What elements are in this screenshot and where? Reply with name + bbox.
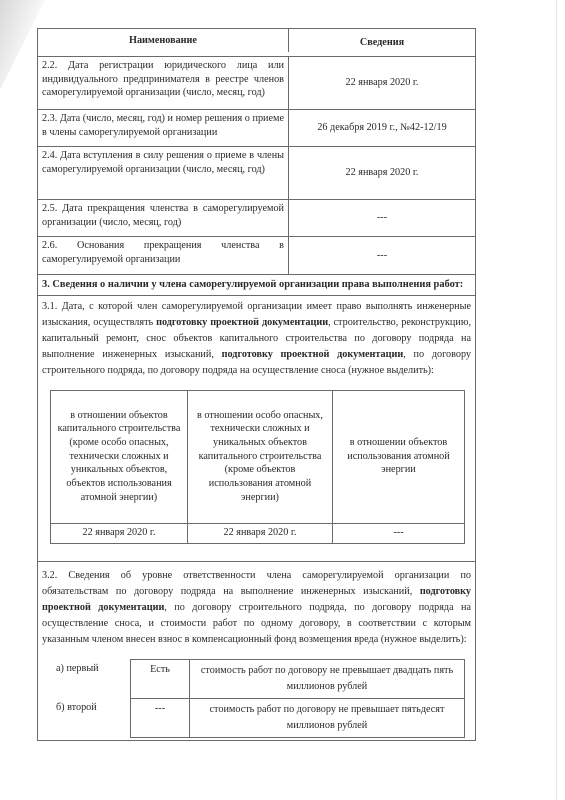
row-value: --- [289, 237, 475, 274]
row-value: 22 января 2020 г. [289, 147, 475, 199]
rights-col-nuclear: в отношении объектов использования атомн… [333, 391, 464, 523]
p32-text-1: 3.2. Сведения об уровне ответственности … [42, 570, 471, 597]
liability-levels: а) первый Есть стоимость работ по догово… [38, 659, 465, 739]
level-description: стоимость работ по договору не превышает… [189, 698, 465, 738]
paragraph-3-1: 3.1. Дата, с которой член саморегулируем… [38, 296, 475, 384]
rights-value-capital: 22 января 2020 г. [51, 523, 188, 543]
scan-page-edge [556, 0, 557, 800]
rights-value-hazardous: 22 января 2020 г. [188, 523, 333, 543]
row-label: 2.3. Дата (число, месяц, год) и номер ре… [38, 110, 289, 146]
row-value: 22 января 2020 г. [289, 57, 475, 109]
header-value: Сведения [289, 29, 475, 56]
section-3-1-row: 3.1. Дата, с которой член саморегулируем… [38, 295, 475, 561]
level-description: стоимость работ по договору не превышает… [189, 659, 465, 698]
level-status: Есть [130, 659, 189, 698]
table-row: 2.2. Дата регистрации юридического лица … [38, 56, 475, 109]
level-label: б) второй [38, 698, 130, 738]
table-row: 2.6. Основания прекращения членства в са… [38, 236, 475, 274]
paragraph-3-2: 3.2. Сведения об уровне ответственности … [38, 562, 475, 653]
p31-bold-2: подготовку проектной документации [222, 349, 404, 360]
level-status: --- [130, 698, 189, 738]
rights-col-hazardous: в отношении особо опасных, технически сл… [188, 391, 333, 523]
table-row: 2.4. Дата вступления в силу решения о пр… [38, 146, 475, 199]
row-label: 2.6. Основания прекращения членства в са… [38, 237, 289, 274]
row-label: 2.5. Дата прекращения членства в саморег… [38, 200, 289, 236]
table-header: Наименование Сведения [38, 29, 475, 56]
row-value: 26 декабря 2019 г., №42-12/19 [289, 110, 475, 146]
row-label: 2.2. Дата регистрации юридического лица … [38, 57, 289, 109]
row-value: --- [289, 200, 475, 236]
section-3-2-row: 3.2. Сведения об уровне ответственности … [38, 561, 475, 739]
registry-extract-table: Наименование Сведения 2.2. Дата регистра… [37, 28, 476, 741]
p31-bold-1: подготовку проектной документации [156, 317, 328, 328]
section-3-title: 3. Сведения о наличии у члена саморегули… [38, 275, 467, 295]
rights-value-nuclear: --- [333, 523, 464, 543]
row-label: 2.4. Дата вступления в силу решения о пр… [38, 147, 289, 199]
header-name: Наименование [38, 29, 289, 52]
table-row: 2.3. Дата (число, месяц, год) и номер ре… [38, 109, 475, 146]
section-3-title-row: 3. Сведения о наличии у члена саморегули… [38, 274, 475, 295]
table-row: 2.5. Дата прекращения членства в саморег… [38, 199, 475, 236]
rights-table: в отношении объектов капитального строит… [50, 390, 465, 544]
level-label: а) первый [38, 659, 130, 698]
rights-col-capital: в отношении объектов капитального строит… [51, 391, 188, 523]
